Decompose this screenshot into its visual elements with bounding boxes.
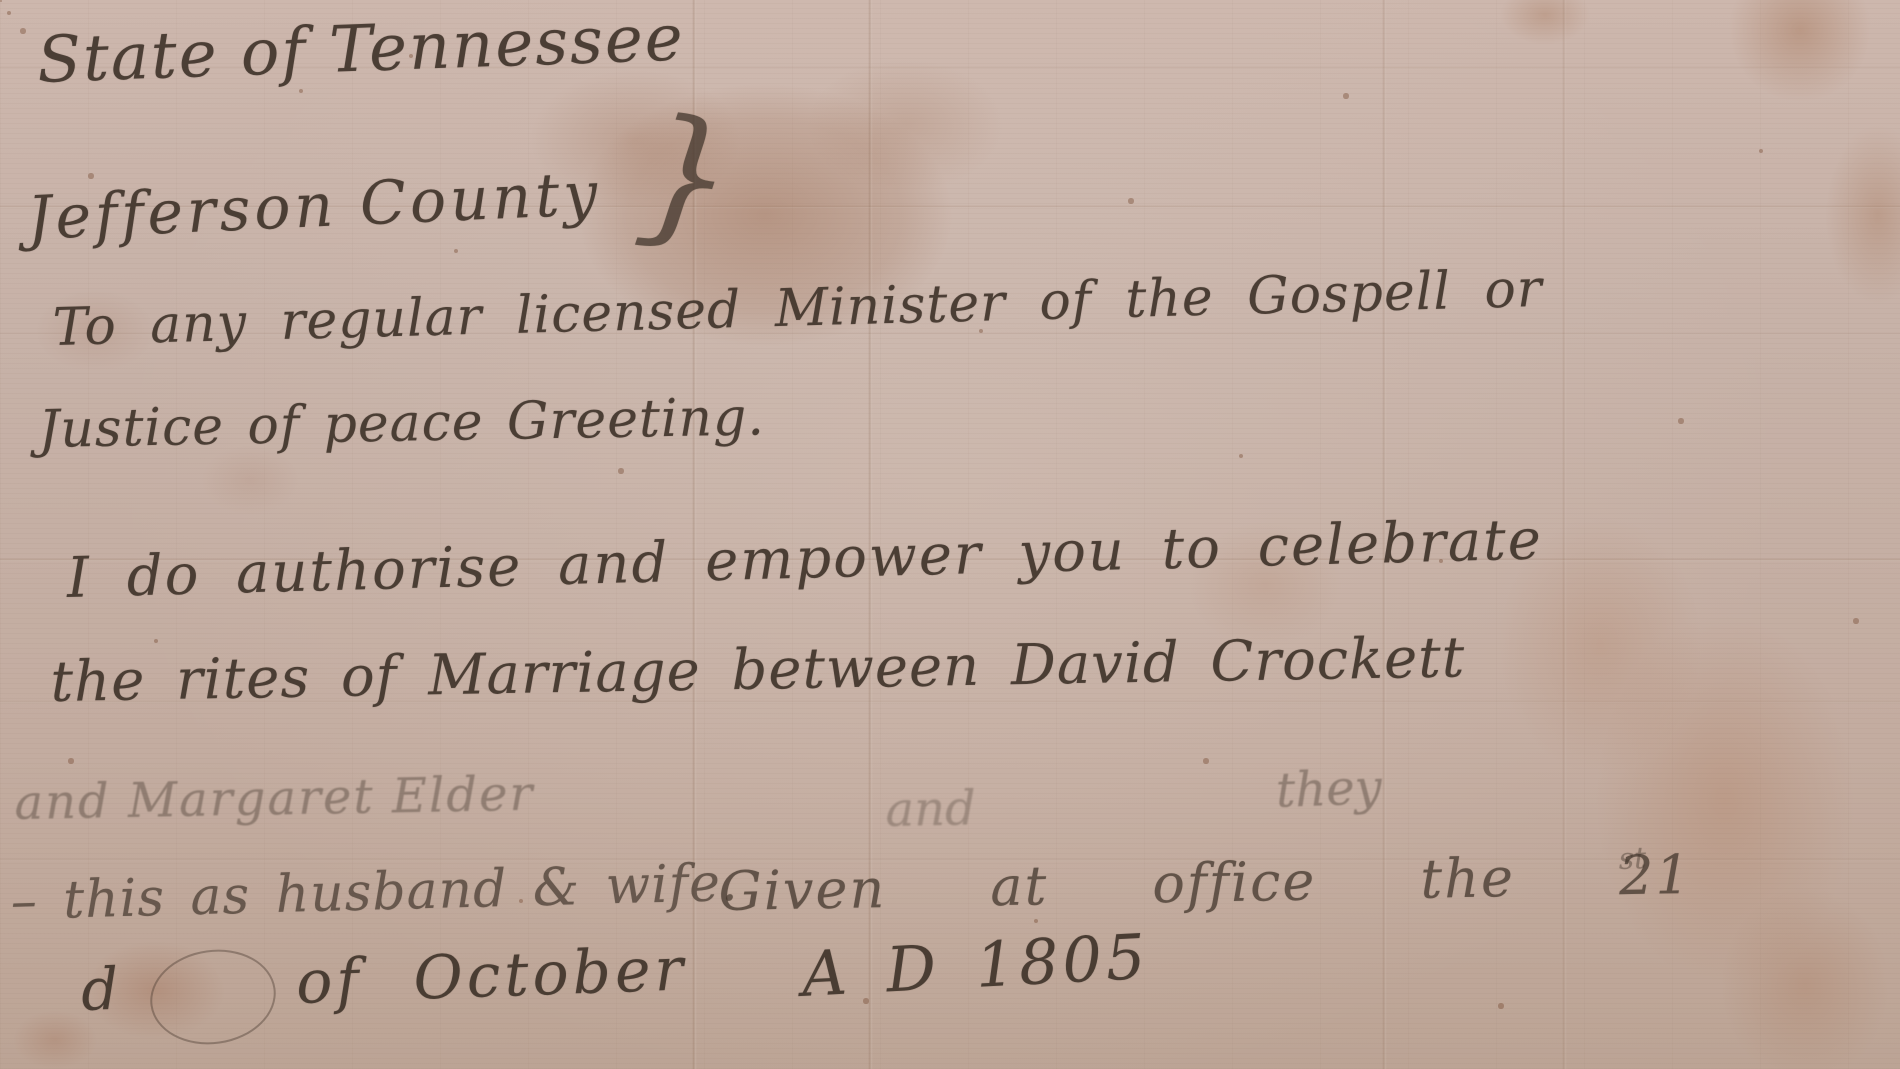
pen-flourish-loop	[144, 942, 282, 1053]
handwritten-year: A D 1805	[800, 920, 1151, 1011]
handwritten-line-bride-faded: and Margaret Elder	[14, 766, 535, 831]
handwritten-word-day: d	[80, 955, 119, 1024]
handwritten-line-given-at-office: Given at office the 21	[718, 843, 1692, 923]
county-brace-flourish: }	[630, 96, 742, 254]
marriage-license-document: State of Tennessee Jefferson County } To…	[0, 0, 1900, 1069]
handwritten-line-addressee: To any regular licensed Minister of the …	[52, 259, 1543, 358]
handwritten-line-county: Jefferson County	[26, 159, 603, 254]
handwritten-month: of October	[295, 934, 688, 1018]
handwritten-word-and-faded: and	[885, 780, 976, 838]
handwritten-line-marriage-groom: the rites of Marriage between David Croc…	[50, 625, 1466, 715]
handwritten-line-authorise: I do authorise and empower you to celebr…	[66, 507, 1544, 611]
handwritten-line-state: State of Tennessee	[36, 1, 686, 98]
handwritten-superscript-st: st	[1618, 841, 1647, 877]
handwritten-word-they-faded: they	[1275, 759, 1383, 819]
fold-crease-vertical-4	[1562, 0, 1567, 1069]
ink-specks	[0, 0, 2, 2]
handwritten-line-husband-wife: – this as husband & wife.	[10, 853, 739, 932]
handwritten-line-greeting: Justice of peace Greeting.	[38, 387, 765, 460]
